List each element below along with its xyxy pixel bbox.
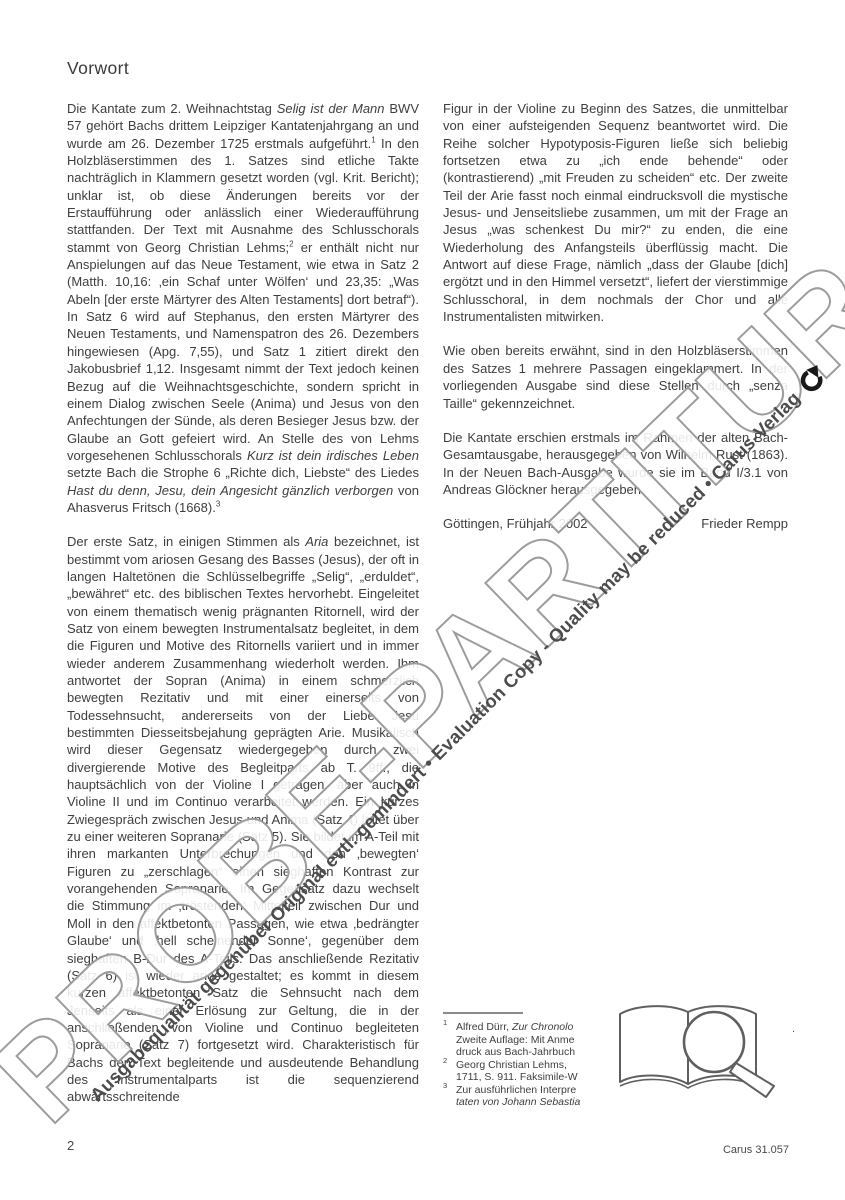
footnote-text: Alfred Dürr, Zur ChronoloZweite Auflage:… xyxy=(456,1021,575,1059)
page-title: Vorwort xyxy=(67,58,129,79)
text-run: Der erste Satz, in einigen Stimmen als xyxy=(67,534,305,549)
signature-author: Frieder Rempp xyxy=(701,515,788,532)
footnote-separator xyxy=(443,1012,523,1014)
text-run: Zur ausführlichen Interpre xyxy=(456,1084,576,1096)
text-run: Georg Christian Lehms, xyxy=(456,1059,567,1071)
text-run: Figur in der Violine zu Beginn des Satze… xyxy=(443,101,788,324)
italic-text: Aria xyxy=(305,534,328,549)
footnote-ref: 3 xyxy=(216,500,220,509)
italic-text: Kurz ist dein irdisches Leben xyxy=(247,448,419,463)
text-run: Alfred Dürr, xyxy=(456,1021,512,1033)
footnote-line: Zweite Auflage: Mit Anme xyxy=(456,1034,575,1047)
paragraph: Der erste Satz, in einigen Stimmen als A… xyxy=(67,533,419,1105)
italic-text: Zur Chronolo xyxy=(512,1021,573,1033)
right-column: Figur in der Violine zu Beginn des Satze… xyxy=(443,100,788,533)
paragraph: Die Kantate erschien erstmals im Rahmen … xyxy=(443,429,788,498)
footnote-number: 3 xyxy=(443,1084,456,1109)
text-run: In den Holzbläserstimmen des 1. Satzes s… xyxy=(67,136,419,255)
book-magnifier-drawing xyxy=(610,1000,792,1102)
page-number: 2 xyxy=(67,1138,74,1153)
book-magnifier-logo xyxy=(610,1000,792,1102)
left-column: Die Kantate zum 2. Weihnachtstag Selig i… xyxy=(67,100,419,1123)
signature-row: Göttingen, Frühjahr 2002 Frieder Rempp xyxy=(443,515,788,532)
text-run: druck aus Bach-Jahrbuch xyxy=(456,1046,575,1058)
text-run: bezeichnet, ist bestimmt vom ariosen Ges… xyxy=(67,534,419,1104)
text-run: Zweite Auflage: Mit Anme xyxy=(456,1034,574,1046)
footnote-text: Georg Christian Lehms,1711, S. 911. Faks… xyxy=(456,1059,578,1084)
footnote-line: 1711, S. 911. Faksimile-W xyxy=(456,1071,578,1084)
paragraph: Wie oben bereits erwähnt, sind in den Ho… xyxy=(443,342,788,411)
text-run: Die Kantate zum 2. Weihnachtstag xyxy=(67,101,277,116)
text-run: Die Kantate erschien erstmals im Rahmen … xyxy=(443,430,788,497)
footnote-line: Alfred Dürr, Zur Chronolo xyxy=(456,1021,575,1034)
catalog-number: Carus 31.057 xyxy=(723,1144,789,1156)
paragraph: Die Kantate zum 2. Weihnachtstag Selig i… xyxy=(67,100,419,516)
footnote-text: Zur ausführlichen Interpretaten von Joha… xyxy=(456,1084,580,1109)
text-run: Wie oben bereits erwähnt, sind in den Ho… xyxy=(443,343,788,410)
footnote-number: 1 xyxy=(443,1021,456,1059)
footnote-line: taten von Johann Sebastia xyxy=(456,1096,580,1109)
right-column-paragraphs: Figur in der Violine zu Beginn des Satze… xyxy=(443,100,788,498)
italic-text: Hast du denn, Jesu, dein Angesicht gänzl… xyxy=(67,483,393,498)
footnote-number: 2 xyxy=(443,1059,456,1084)
footnote-line: Zur ausführlichen Interpre xyxy=(456,1084,580,1097)
italic-text: taten von Johann Sebastia xyxy=(456,1096,580,1108)
text-run: er enthält nicht nur Anspielungen auf da… xyxy=(67,240,419,463)
footnote-line: druck aus Bach-Jahrbuch xyxy=(456,1046,575,1059)
footnote-line: Georg Christian Lehms, xyxy=(456,1059,578,1072)
carus-logo-icon xyxy=(795,361,831,397)
text-run: setzte Bach die Strophe 6 „Richte dich, … xyxy=(67,465,419,480)
signature-place-date: Göttingen, Frühjahr 2002 xyxy=(443,515,588,532)
italic-text: Selig ist der Mann xyxy=(277,101,385,116)
paragraph: Figur in der Violine zu Beginn des Satze… xyxy=(443,100,788,325)
text-run: 1711, S. 911. Faksimile-W xyxy=(456,1071,578,1083)
